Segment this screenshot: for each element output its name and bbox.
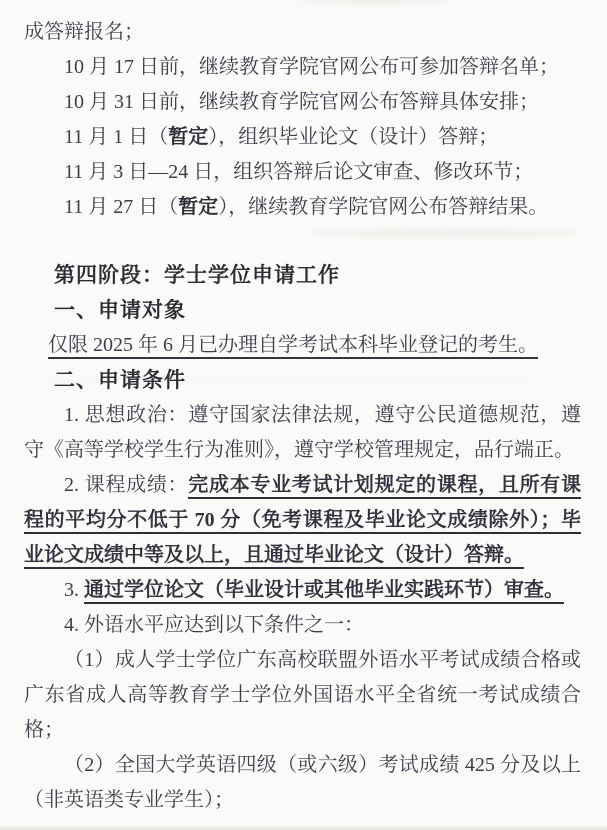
- schedule-text: 11 月 3 日—24 日，组织答辩后论文审查、修改环节；: [64, 161, 533, 183]
- condition-item-2: 2. 课程成绩：完成本专业考试计划规定的课程，且所有课程的平均分不低于 70 分…: [24, 468, 581, 573]
- continuation-text: 成答辩报名；: [24, 21, 144, 43]
- condition-2-label: 2. 课程成绩：: [64, 474, 188, 496]
- eligibility-underlined-text: 仅限 2025 年 6 月已办理自学考试本科毕业登记的考生。: [48, 334, 538, 359]
- condition-item-4: 4. 外语水平应达到以下条件之一：: [24, 608, 581, 643]
- document-body: 成答辩报名； 10 月 17 日前，继续教育学院官网公布可参加答辩名单； 10 …: [0, 0, 607, 818]
- schedule-item: 10 月 17 日前，继续教育学院官网公布可参加答辩名单；: [24, 50, 581, 85]
- section-heading-application-conditions: 二、申请条件: [54, 363, 581, 398]
- condition-item-4-sub-1: （1）成人学士学位广东高校联盟外语水平考试成绩合格或广东省成人高等教育学士学位外…: [24, 643, 581, 748]
- schedule-text: ），继续教育学院官网公布答辩结果。: [218, 196, 548, 218]
- stage4-title: 第四阶段：学士学位申请工作: [54, 258, 581, 293]
- condition-item-1: 1. 思想政治：遵守国家法律法规，遵守公民道德规范，遵守《高等学校学生行为准则》…: [24, 398, 581, 468]
- tentative-label: 暂定: [168, 126, 208, 148]
- eligibility-note: 仅限 2025 年 6 月已办理自学考试本科毕业登记的考生。: [48, 328, 581, 363]
- condition-3-label: 3.: [64, 579, 84, 601]
- scan-bottom-edge: [0, 825, 607, 830]
- schedule-item: 10 月 31 日前，继续教育学院官网公布答辩具体安排；: [24, 85, 581, 120]
- schedule-item: 11 月 1 日（暂定），组织毕业论文（设计）答辩；: [24, 120, 581, 155]
- condition-item-4-sub-2: （2）全国大学英语四级（或六级）考试成绩 425 分及以上（非英语类专业学生）；: [24, 748, 581, 818]
- schedule-item: 11 月 27 日（暂定），继续教育学院官网公布答辩结果。: [24, 190, 581, 225]
- schedule-text: 11 月 1 日（: [64, 126, 168, 148]
- continuation-line: 成答辩报名；: [24, 15, 581, 50]
- schedule-text: ），组织毕业论文（设计）答辩；: [208, 126, 498, 148]
- schedule-item: 11 月 3 日—24 日，组织答辩后论文审查、修改环节；: [24, 155, 581, 190]
- condition-item-3: 3. 通过学位论文（毕业设计或其他毕业实践环节）审查。: [24, 573, 581, 608]
- section-heading-application-target: 一、申请对象: [54, 293, 581, 328]
- scanned-document-page: 成答辩报名； 10 月 17 日前，继续教育学院官网公布可参加答辩名单； 10 …: [0, 0, 607, 830]
- schedule-text: 10 月 17 日前，继续教育学院官网公布可参加答辩名单；: [64, 56, 559, 78]
- tentative-label: 暂定: [178, 196, 218, 218]
- schedule-text: 10 月 31 日前，继续教育学院官网公布答辩具体安排；: [64, 91, 539, 113]
- schedule-text: 11 月 27 日（: [64, 196, 178, 218]
- condition-3-underlined-text: 通过学位论文（毕业设计或其他毕业实践环节）审查。: [84, 579, 564, 604]
